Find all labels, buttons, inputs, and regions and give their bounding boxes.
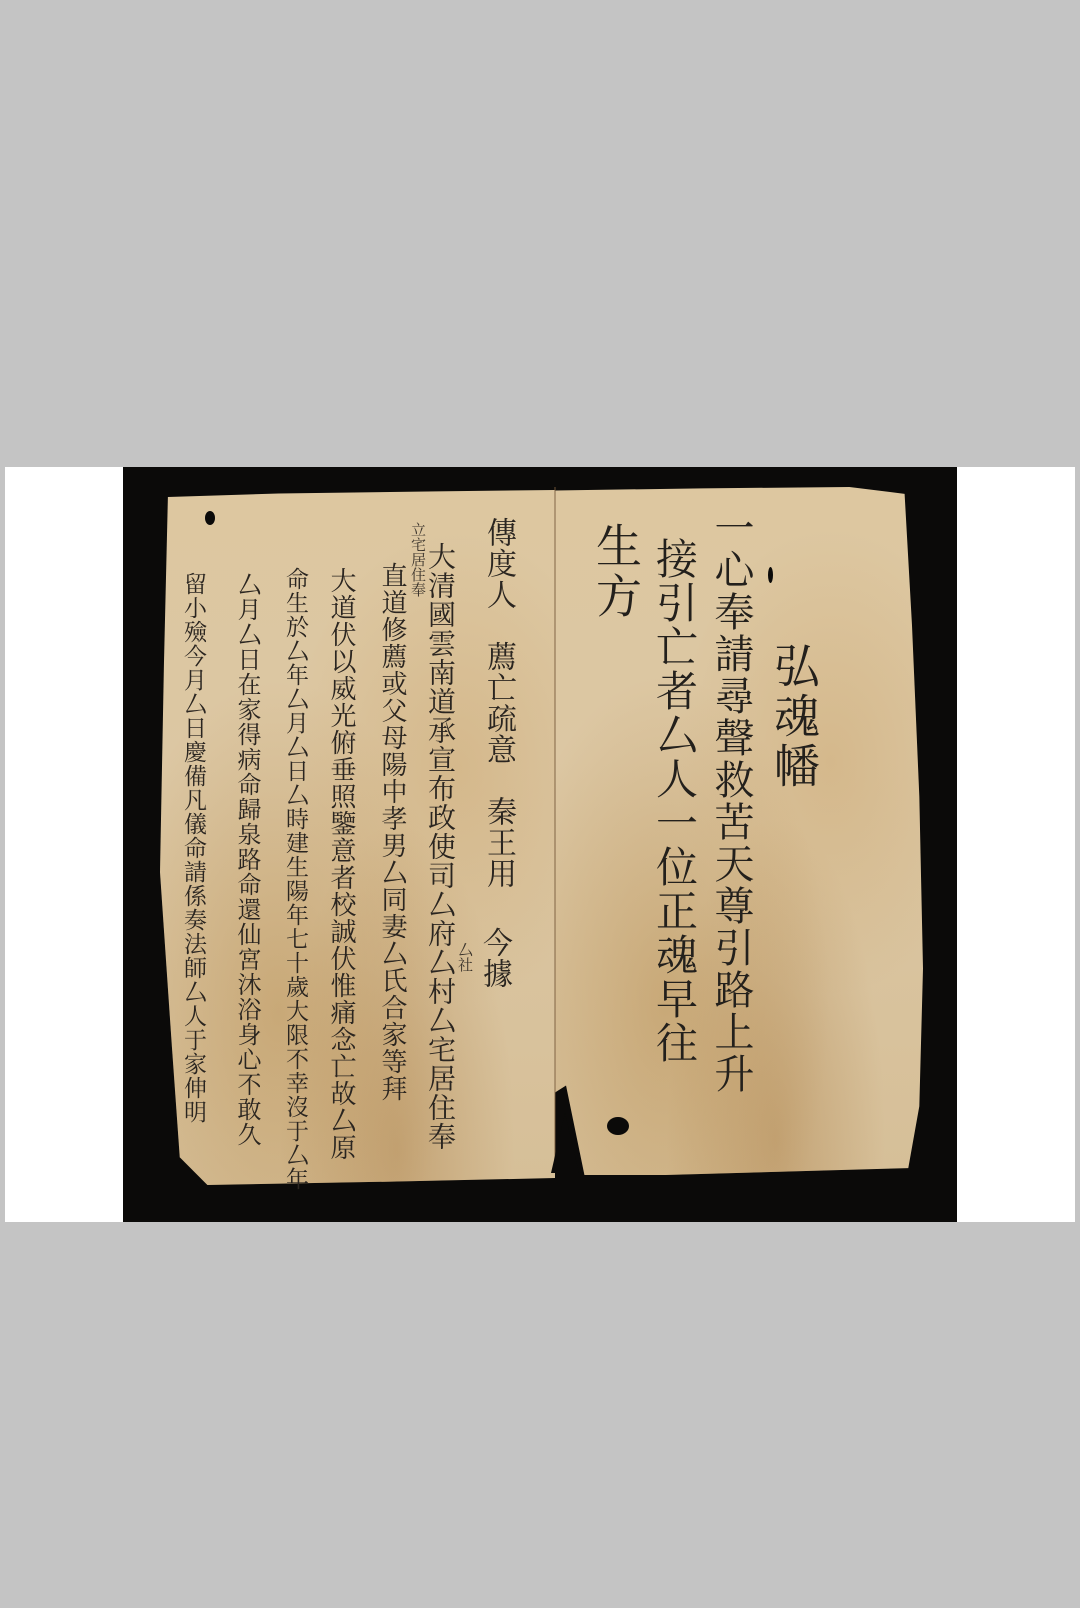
text-column: 命生於厶年厶月厶日厶時建生陽年七十歲大限不幸沒于厶年 — [283, 567, 306, 1191]
text-column: 大道伏以威光俯垂照鑒意者校誠伏惟痛念亡故厶原 — [328, 567, 354, 1161]
text-column: 厶月厶日在家得病命歸泉路命還仙宮沐浴身心不敢久 — [235, 572, 259, 1147]
text-column: 接引亡者厶人一位正魂早往 — [653, 537, 695, 1065]
worm-hole — [607, 1117, 629, 1135]
text-column: 直道修薦或父母陽中孝男厶同妻厶氏合家等拜 — [379, 562, 405, 1102]
text-column: 傳度人 薦亡疏意 秦王用 — [483, 517, 513, 889]
text-column: 生方 — [593, 522, 639, 622]
text-column: 今據 — [479, 927, 509, 989]
text-column-annotation: 厶社 — [457, 942, 472, 972]
text-column: 大清國雲南道承宣布政使司厶府厶村厶宅居住奉 — [426, 542, 454, 1151]
manuscript-photo: 傳度人 薦亡疏意 秦王用 立宅居住奉 大清國雲南道承宣布政使司厶府厶村厶宅居住奉… — [123, 467, 957, 1222]
worm-hole — [205, 511, 215, 525]
text-column: 弘魂幡 — [771, 642, 817, 792]
worm-hole — [768, 567, 773, 583]
text-column: 一心奉請尋聲救苦天尊引路上升 — [711, 507, 751, 1095]
page-gutter-fold — [554, 487, 556, 1167]
text-column: 留小殮今月厶日慶備凡儀命請係奏法師厶人于家伸明 — [181, 572, 204, 1124]
gutter-tear — [551, 1113, 579, 1173]
text-column-annotation: 立宅居住奉 — [410, 522, 425, 597]
